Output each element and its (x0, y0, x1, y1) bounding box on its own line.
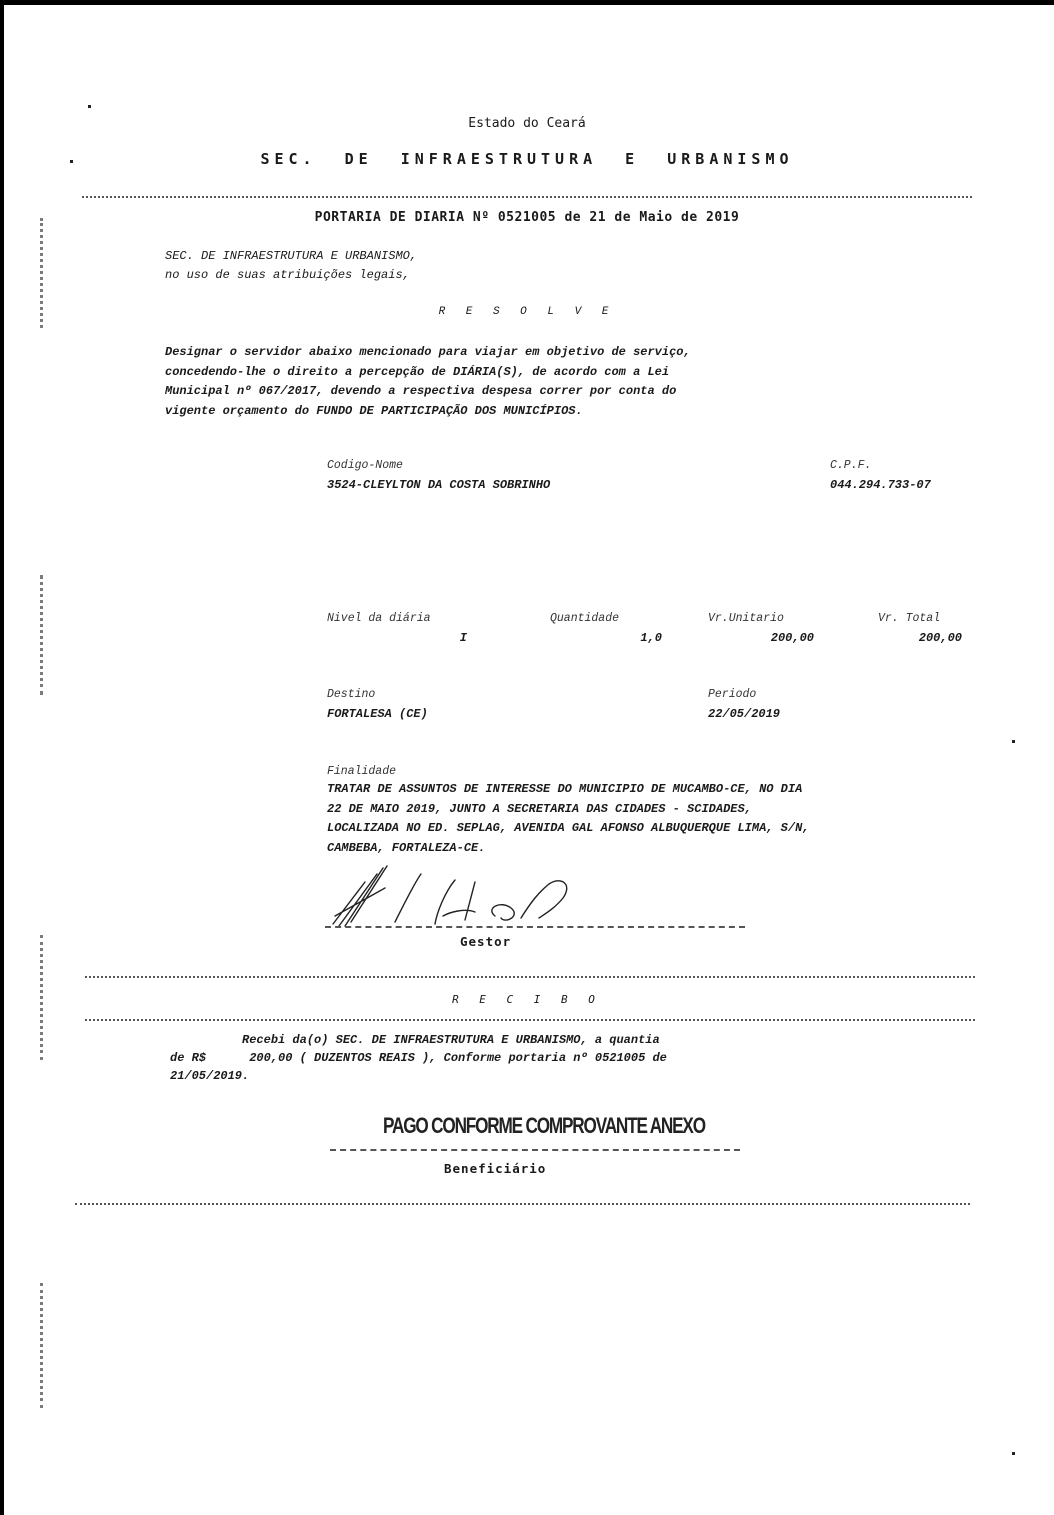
intro-block: SEC. DE INFRAESTRUTURA E URBANISMO, no u… (165, 247, 417, 285)
destination-label: Destino (327, 688, 375, 701)
divider (82, 196, 972, 198)
period-value: 22/05/2019 (708, 707, 780, 721)
department-name: SEC. DE INFRAESTRUTURA E URBANISMO (0, 150, 1054, 168)
body-line: Municipal nº 067/2017, devendo a respect… (165, 384, 676, 398)
paid-stamp: PAGO CONFORME COMPROVANTE ANEXO (383, 1113, 705, 1139)
scan-speck (1012, 740, 1015, 743)
quantity-label: Quantidade (550, 612, 619, 625)
portaria-title: PORTARIA DE DIARIA Nº 0521005 de 21 de M… (0, 210, 1054, 225)
scan-noise-margin (40, 575, 51, 695)
scan-border-top (0, 0, 1054, 5)
divider (85, 1019, 975, 1021)
cpf-label: C.P.F. (830, 459, 871, 472)
unit-value-label: Vr.Unitario (708, 612, 784, 625)
scan-border-left (0, 0, 4, 1515)
body-line: vigente orçamento do FUNDO DE PARTICIPAÇ… (165, 404, 583, 418)
code-name-value: 3524-CLEYLTON DA COSTA SOBRINHO (327, 478, 550, 492)
purpose-line: 22 DE MAIO 2019, JUNTO A SECRETARIA DAS … (327, 802, 752, 816)
purpose-line: LOCALIZADA NO ED. SEPLAG, AVENIDA GAL AF… (327, 821, 809, 835)
total-label: Vr. Total (878, 612, 940, 625)
handwritten-signature (325, 862, 595, 932)
intro-line: SEC. DE INFRAESTRUTURA E URBANISMO, (165, 249, 417, 263)
scan-speck (1012, 1452, 1015, 1455)
resolve-heading: R E S O L V E (0, 306, 1054, 318)
purpose-line: TRATAR DE ASSUNTOS DE INTERESSE DO MUNIC… (327, 782, 802, 796)
quantity-value: 1,0 (560, 631, 662, 645)
level-label: Nivel da diária (327, 612, 431, 625)
total-value: 200,00 (860, 631, 962, 645)
purpose-label: Finalidade (327, 765, 396, 778)
receipt-text: Recebi da(o) SEC. DE INFRAESTRUTURA E UR… (170, 1031, 667, 1085)
scan-speck (88, 105, 91, 108)
receipt-line: de R$ 200,00 ( DUZENTOS REAIS ), Conform… (170, 1051, 667, 1065)
receipt-line: Recebi da(o) SEC. DE INFRAESTRUTURA E UR… (170, 1033, 660, 1047)
state-name: Estado do Ceará (0, 116, 1054, 131)
body-paragraph: Designar o servidor abaixo mencionado pa… (165, 343, 691, 421)
divider (75, 1203, 970, 1205)
code-name-label: Codigo-Nome (327, 459, 403, 472)
beneficiary-label: Beneficiário (444, 1161, 546, 1176)
body-line: Designar o servidor abaixo mencionado pa… (165, 345, 691, 359)
receipt-title: R E C I B O (0, 993, 1054, 1006)
cpf-value: 044.294.733-07 (830, 478, 931, 492)
purpose-text: TRATAR DE ASSUNTOS DE INTERESSE DO MUNIC… (327, 780, 809, 858)
intro-line: no uso de suas atribuições legais, (165, 268, 410, 282)
signer-role: Gestor (460, 934, 511, 949)
purpose-line: CAMBEBA, FORTALEZA-CE. (327, 841, 485, 855)
beneficiary-signature-line (330, 1149, 740, 1151)
divider (85, 976, 975, 978)
body-line: concedendo-lhe o direito a percepção de … (165, 365, 669, 379)
destination-value: FORTALESA (CE) (327, 707, 428, 721)
period-label: Periodo (708, 688, 756, 701)
receipt-line: 21/05/2019. (170, 1069, 249, 1083)
signature-line (325, 926, 745, 928)
unit-value: 200,00 (700, 631, 814, 645)
scan-noise-margin (40, 1283, 51, 1408)
level-value: I (327, 631, 467, 645)
